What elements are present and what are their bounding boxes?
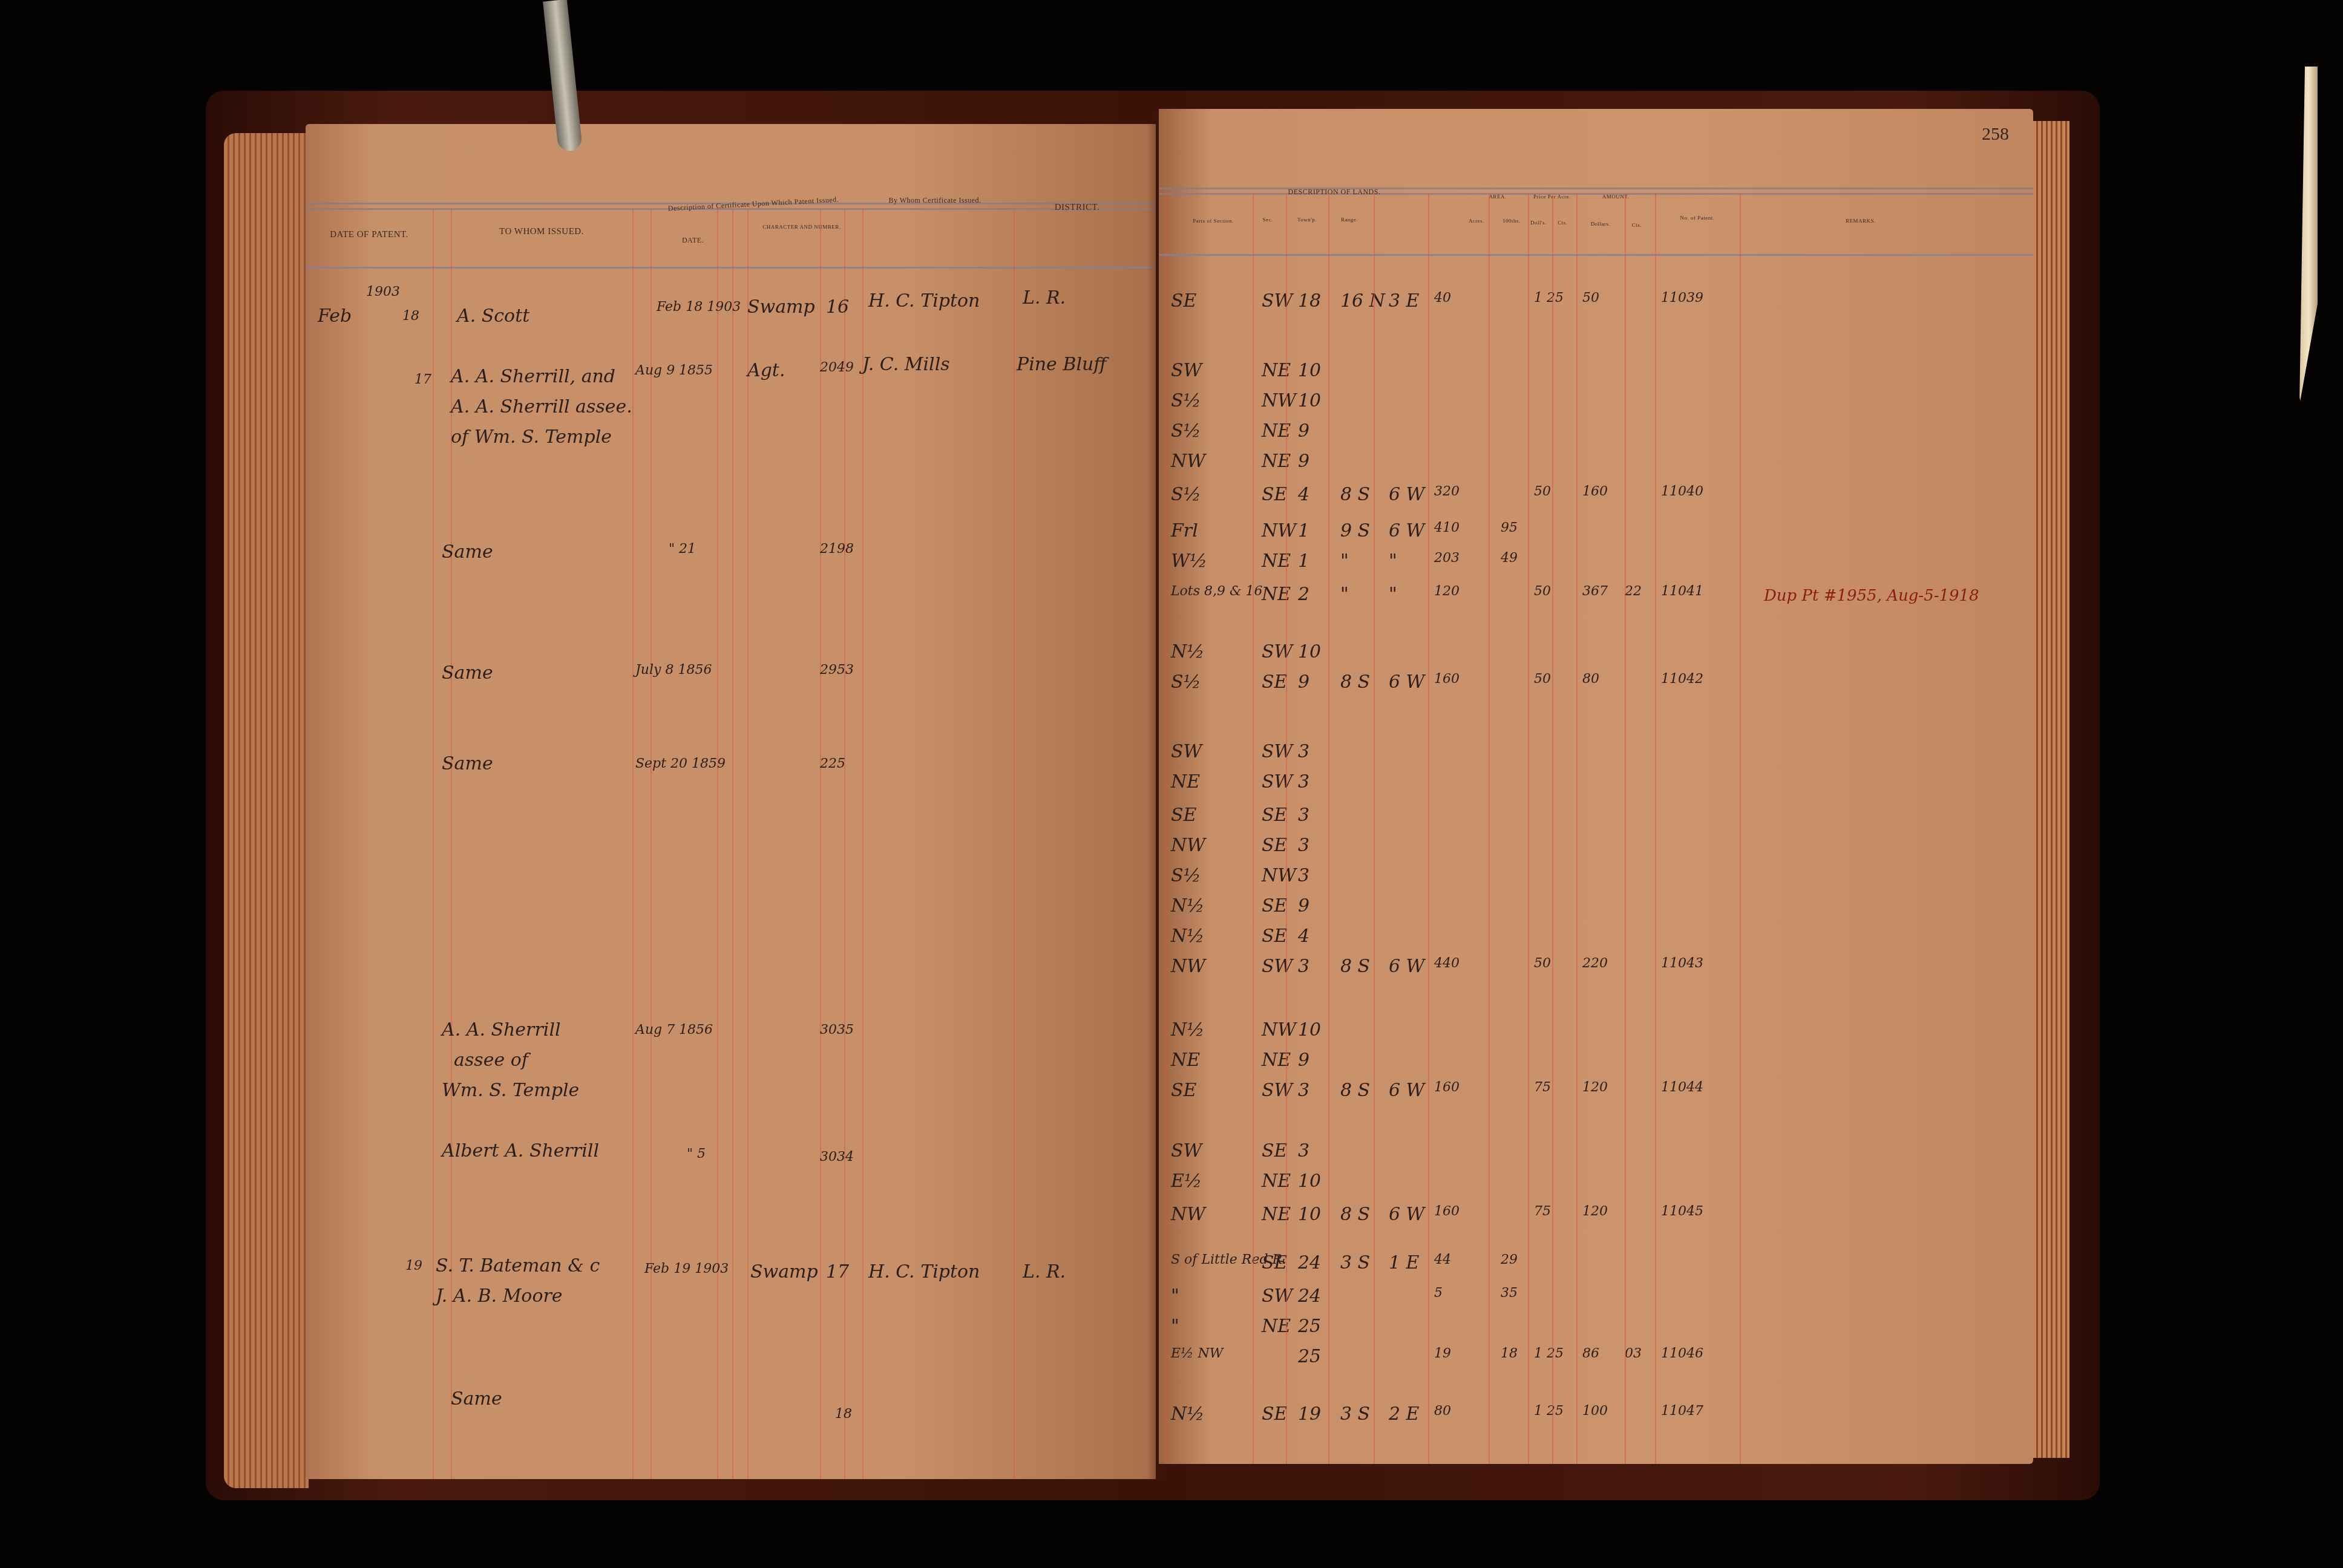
cell-twp: 8 S: [1340, 671, 1370, 693]
header-patent-number: No. of Patent.: [1655, 215, 1740, 221]
cell-sec: 19: [1298, 1403, 1321, 1425]
column-rule: [433, 209, 434, 1479]
entry-cert-character: Swamp: [747, 296, 815, 318]
cell-part: N½: [1171, 895, 1204, 916]
cell-acres: 19: [1434, 1346, 1451, 1361]
entry-day: 18: [402, 309, 419, 324]
header-district: DISTRICT.: [1032, 203, 1122, 213]
entry-day: 19: [405, 1258, 422, 1273]
cell-rng: 3 E: [1389, 290, 1420, 312]
cell-acres: 160: [1434, 671, 1460, 687]
cell-sec: 3: [1298, 771, 1309, 792]
cell-rng: 6 W: [1389, 1080, 1424, 1101]
cell-part: Lots 8,9 & 16: [1171, 584, 1263, 599]
cell-acres: 40: [1434, 290, 1451, 305]
cell-sec: 10: [1298, 1204, 1321, 1225]
cell-quarter: SE: [1262, 1140, 1287, 1161]
cell-acres: 203: [1434, 550, 1460, 566]
cell-acres: 410: [1434, 520, 1460, 535]
entry-by-whom: H. C. Tipton: [868, 1261, 980, 1282]
cell-sec: 24: [1298, 1252, 1321, 1273]
cell-part: W½: [1171, 550, 1207, 572]
header-cts: Cts.: [1552, 220, 1573, 226]
cell-amount: 120: [1582, 1204, 1608, 1219]
cell-sec: 9: [1298, 671, 1309, 693]
header-certificate-date: DATE.: [669, 236, 717, 245]
cell-quarter: NW: [1262, 865, 1296, 886]
header-sec: Sec.: [1256, 217, 1280, 223]
cell-sec: 3: [1298, 741, 1309, 762]
cell-twp: ": [1340, 584, 1349, 605]
cell-part: S½: [1171, 484, 1201, 505]
header-certificate-description: Description of Certificate Upon Which Pa…: [650, 194, 856, 214]
cell-amount: 160: [1582, 484, 1608, 499]
header-parts-of-section: Parts of Section.: [1171, 218, 1256, 224]
entry-cert-number: 225: [820, 756, 845, 771]
cell-quarter: SE: [1262, 1403, 1287, 1425]
cell-part: NW: [1171, 835, 1205, 856]
cell-acres: 440: [1434, 956, 1460, 971]
cell-part: NW: [1171, 1204, 1205, 1225]
cell-part: SE: [1171, 290, 1196, 312]
cell-sec: 3: [1298, 805, 1309, 826]
cell-part: NW: [1171, 451, 1205, 472]
column-rule: [1286, 194, 1287, 1464]
header-area: AREA.: [1473, 194, 1522, 200]
cell-quarter: SE: [1262, 895, 1287, 916]
header-range: Range.: [1328, 217, 1371, 223]
entry-month: Feb: [318, 305, 352, 327]
cell-twp: 8 S: [1340, 1204, 1370, 1225]
cell-part: ": [1171, 1285, 1179, 1307]
entry-by-whom: J. C. Mills: [862, 354, 950, 375]
column-rule: [844, 209, 845, 1479]
entry-cert-character: Agt.: [747, 360, 785, 381]
entry-name: Same: [442, 541, 493, 563]
entry-name: Same: [451, 1388, 502, 1410]
remark-duplicate-patent: Dup Pt #1955, Aug-5-1918: [1764, 587, 1979, 605]
cell-price: 50: [1534, 584, 1551, 599]
cell-twp: ": [1340, 550, 1349, 572]
entry-year: 1903: [366, 284, 400, 299]
header-rule-bottom: [1159, 254, 2033, 260]
entry-cert-number: 3035: [820, 1022, 854, 1037]
cell-quarter: SW: [1262, 290, 1293, 312]
cell-twp: 8 S: [1340, 1080, 1370, 1101]
entry-day: 17: [415, 372, 431, 387]
cell-quarter: SW: [1262, 641, 1293, 662]
cell-twp: 8 S: [1340, 956, 1370, 977]
cell-quarter: SW: [1262, 956, 1293, 977]
column-rule: [1328, 194, 1329, 1464]
cell-sec: 25: [1298, 1316, 1321, 1337]
cell-quarter: SW: [1262, 1285, 1293, 1307]
cell-part: S½: [1171, 390, 1201, 411]
cell-part: Frl: [1171, 520, 1198, 541]
entry-cert-date: Sept 20 1859: [635, 756, 726, 771]
cell-sec: 9: [1298, 1050, 1309, 1071]
cell-part: SW: [1171, 741, 1202, 762]
cell-amount: 86: [1582, 1346, 1599, 1361]
column-rule: [747, 209, 749, 1479]
cell-part: SW: [1171, 360, 1202, 381]
entry-name: Same: [442, 662, 493, 684]
cell-amount: 50: [1582, 290, 1599, 305]
cell-amount: 220: [1582, 956, 1608, 971]
entry-cert-number: 2953: [820, 662, 854, 678]
cell-patent: 11039: [1661, 290, 1703, 305]
cell-hundredths: 95: [1501, 520, 1518, 535]
entry-name: A. Scott: [457, 305, 529, 327]
column-rule: [1528, 194, 1529, 1464]
cell-part: N½: [1171, 1403, 1204, 1425]
page-edges-left: [224, 133, 309, 1488]
cell-part: N½: [1171, 641, 1204, 662]
entry-name: of Wm. S. Temple: [451, 426, 612, 448]
column-rule: [1552, 194, 1553, 1464]
cell-price: 50: [1534, 484, 1551, 499]
entry-cert-number: 2049: [820, 360, 854, 375]
header-by-whom: By Whom Certificate Issued.: [868, 191, 1001, 210]
bookmark-right: [2299, 67, 2318, 405]
cell-part: E½ NW: [1171, 1346, 1223, 1361]
cell-twp: 9 S: [1340, 520, 1370, 541]
page-edges-right: [2033, 121, 2069, 1458]
entry-cert-date: " 21: [669, 541, 696, 557]
cell-price: 1 25: [1534, 1346, 1564, 1361]
cell-quarter: SE: [1262, 835, 1287, 856]
cell-amount: 120: [1582, 1080, 1608, 1095]
cell-hundredths: 49: [1501, 550, 1518, 566]
entry-cert-date: Feb 19 1903: [644, 1261, 729, 1276]
column-rule: [1374, 194, 1375, 1464]
cell-acres: 320: [1434, 484, 1460, 499]
entry-cert-character: Swamp: [750, 1261, 818, 1282]
cell-patent: 11043: [1661, 956, 1703, 971]
cell-hundredths: 29: [1501, 1252, 1518, 1267]
right-page: 258 DESCRIPTION OF LANDS. Parts of Secti…: [1159, 109, 2033, 1464]
column-rule: [650, 209, 652, 1479]
entry-district: Pine Bluff: [1017, 354, 1107, 375]
cell-price: 50: [1534, 956, 1551, 971]
entry-name: J. A. B. Moore: [436, 1285, 563, 1307]
entry-cert-date: Aug 9 1855: [635, 363, 713, 378]
column-rule: [732, 209, 733, 1479]
entry-name: Albert A. Sherrill: [442, 1140, 599, 1161]
column-rule: [1489, 194, 1490, 1464]
column-rule: [1428, 194, 1429, 1464]
cell-price: 75: [1534, 1080, 1551, 1095]
entry-by-whom: H. C. Tipton: [868, 290, 980, 312]
cell-part: SW: [1171, 1140, 1202, 1161]
entry-district: L. R.: [1023, 287, 1066, 309]
cell-sec: 1: [1298, 520, 1309, 541]
cell-acres: 160: [1434, 1204, 1460, 1219]
cell-sec: 3: [1298, 956, 1309, 977]
cell-hundredths: 35: [1501, 1285, 1518, 1301]
cell-sec: 3: [1298, 865, 1309, 886]
header-remarks: REMARKS.: [1800, 218, 1921, 224]
cell-patent: 11041: [1661, 584, 1703, 599]
entry-name: A. A. Sherrill: [442, 1019, 561, 1040]
cell-rng: ": [1389, 584, 1397, 605]
cell-patent: 11047: [1661, 1403, 1703, 1419]
column-rule: [1576, 194, 1578, 1464]
cell-part: E½: [1171, 1171, 1202, 1192]
entry-cert-number: 18: [835, 1406, 852, 1422]
cell-part: ": [1171, 1316, 1179, 1337]
cell-price: 75: [1534, 1204, 1551, 1219]
cell-amount-cts: 22: [1625, 584, 1642, 599]
left-page: DATE OF PATENT. TO WHOM ISSUED. Descript…: [306, 124, 1156, 1479]
cell-rng: 6 W: [1389, 671, 1424, 693]
entry-cert-date: Aug 7 1856: [635, 1022, 713, 1037]
header-description-of-lands: DESCRIPTION OF LANDS.: [1219, 188, 1449, 197]
cell-amount: 367: [1582, 584, 1608, 599]
cell-rng: 6 W: [1389, 1204, 1424, 1225]
cell-sec: 9: [1298, 420, 1309, 442]
cell-rng: ": [1389, 550, 1397, 572]
cell-part: NW: [1171, 956, 1205, 977]
cell-sec: 3: [1298, 1080, 1309, 1101]
cell-part: S½: [1171, 671, 1201, 693]
column-rule: [1253, 194, 1254, 1464]
column-rule: [1740, 194, 1741, 1464]
cell-patent: 11042: [1661, 671, 1703, 687]
header-dollars: Dollars.: [1576, 221, 1625, 227]
cell-quarter: SE: [1262, 671, 1287, 693]
cell-quarter: SW: [1262, 1080, 1293, 1101]
header-acres: Acres.: [1455, 218, 1498, 224]
cell-quarter: SE: [1262, 1252, 1287, 1273]
cell-sec: 24: [1298, 1285, 1321, 1307]
cell-sec: 1: [1298, 550, 1309, 572]
cell-quarter: NW: [1262, 520, 1296, 541]
cell-twp: 3 S: [1340, 1403, 1370, 1425]
cell-sec: 3: [1298, 835, 1309, 856]
cell-amount: 100: [1582, 1403, 1608, 1419]
cell-quarter: SE: [1262, 926, 1287, 947]
entry-name: assee of: [454, 1050, 528, 1071]
entry-cert-number: 2198: [820, 541, 854, 557]
column-rule: [717, 209, 718, 1479]
cell-sec: 10: [1298, 390, 1321, 411]
cell-part: S½: [1171, 865, 1201, 886]
cell-sec: 10: [1298, 360, 1321, 381]
column-rule: [1014, 209, 1015, 1479]
cell-acres: 44: [1434, 1252, 1451, 1267]
cell-patent: 11045: [1661, 1204, 1703, 1219]
cell-rng: 6 W: [1389, 484, 1424, 505]
cell-sec: 2: [1298, 584, 1309, 605]
column-rule: [632, 209, 634, 1479]
entry-name: S. T. Bateman & c: [436, 1255, 600, 1276]
entry-cert-date: Feb 18 1903: [657, 299, 741, 315]
cell-amount-cts: 03: [1625, 1346, 1642, 1361]
cell-acres: 120: [1434, 584, 1460, 599]
cell-quarter: SE: [1262, 805, 1287, 826]
header-amount: AMOUNT.: [1582, 194, 1649, 200]
cell-rng: 1 E: [1389, 1252, 1420, 1273]
cell-part: N½: [1171, 926, 1204, 947]
cell-acres: 5: [1434, 1285, 1443, 1301]
cell-twp: 16 N: [1340, 290, 1385, 312]
cell-twp: 8 S: [1340, 484, 1370, 505]
entry-cert-number: 3034: [820, 1149, 854, 1165]
cell-sec: 10: [1298, 1019, 1321, 1040]
header-hundredths: 100ths.: [1496, 218, 1527, 224]
cell-quarter: NW: [1262, 390, 1296, 411]
cell-part: SE: [1171, 1080, 1196, 1101]
cell-sec: 25: [1298, 1346, 1321, 1367]
header-date-of-patent: DATE OF PATENT.: [309, 230, 430, 240]
cell-twp: 3 S: [1340, 1252, 1370, 1273]
cell-price: 50: [1534, 671, 1551, 687]
cell-sec: 3: [1298, 1140, 1309, 1161]
cell-quarter: SW: [1262, 741, 1293, 762]
column-rule: [1165, 194, 1166, 1464]
cell-hundredths: 18: [1501, 1346, 1518, 1361]
cell-part: N½: [1171, 1019, 1204, 1040]
cell-sec: 4: [1298, 926, 1309, 947]
cell-rng: 2 E: [1389, 1403, 1420, 1425]
column-rule: [862, 209, 863, 1479]
cell-part: S½: [1171, 420, 1201, 442]
cell-sec: 9: [1298, 895, 1309, 916]
cell-price: 1 25: [1534, 1403, 1564, 1419]
cell-price: 1 25: [1534, 290, 1564, 305]
cell-sec: 18: [1298, 290, 1321, 312]
cell-acres: 160: [1434, 1080, 1460, 1095]
entry-name: Same: [442, 753, 493, 774]
cell-rng: 6 W: [1389, 956, 1424, 977]
entry-cert-number: 16: [826, 296, 849, 318]
entry-name: A. A. Sherrill, and: [451, 366, 615, 387]
cell-part: NE: [1171, 771, 1200, 792]
column-rule: [1655, 194, 1656, 1464]
cell-part: NE: [1171, 1050, 1200, 1071]
cell-sec: 9: [1298, 451, 1309, 472]
cell-patent: 11040: [1661, 484, 1703, 499]
cell-rng: 6 W: [1389, 520, 1424, 541]
cell-amount: 80: [1582, 671, 1599, 687]
cell-sec: 4: [1298, 484, 1309, 505]
entry-district: L. R.: [1023, 1261, 1066, 1282]
cell-sec: 10: [1298, 641, 1321, 662]
header-township: Town'p.: [1286, 217, 1328, 223]
header-character-number: CHARACTER AND NUMBER.: [756, 224, 847, 230]
cell-patent: 11044: [1661, 1080, 1703, 1095]
header-amount-cts: Cts.: [1625, 222, 1649, 228]
entry-cert-number: 17: [826, 1261, 849, 1282]
cell-patent: 11046: [1661, 1346, 1703, 1361]
column-rule: [820, 209, 821, 1479]
cell-quarter: SW: [1262, 771, 1293, 792]
entry-cert-date: July 8 1856: [635, 662, 712, 678]
header-to-whom-issued: TO WHOM ISSUED.: [454, 227, 629, 237]
cell-part: SE: [1171, 805, 1196, 826]
cell-quarter: NW: [1262, 1019, 1296, 1040]
cell-acres: 80: [1434, 1403, 1451, 1419]
page-number: 258: [1982, 124, 2009, 145]
column-rule: [1625, 194, 1626, 1464]
cell-quarter: SE: [1262, 484, 1287, 505]
entry-name: A. A. Sherrill assee.: [451, 396, 632, 417]
entry-name: Wm. S. Temple: [442, 1080, 579, 1101]
cell-sec: 10: [1298, 1171, 1321, 1192]
entry-cert-date: " 5: [687, 1146, 706, 1161]
